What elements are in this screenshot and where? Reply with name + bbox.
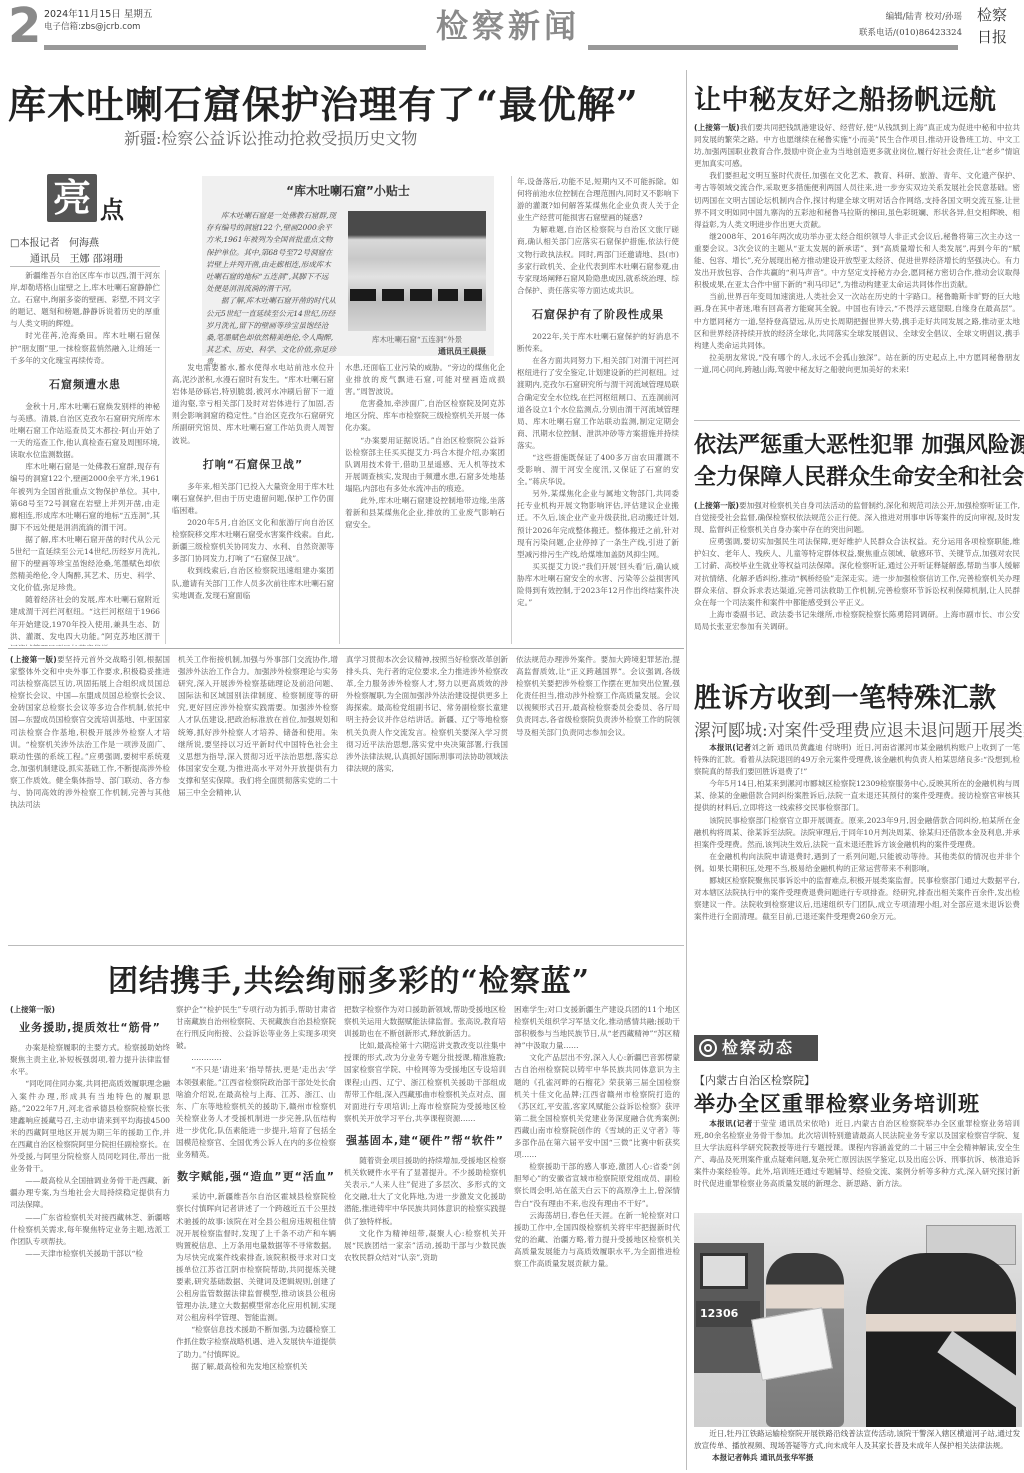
lead-subheadline: 新疆:检察公益诉讼推动抢救受损历史文物 <box>124 126 417 149</box>
grotto-photo-credit: 通讯员王晨摄 <box>348 346 486 357</box>
logo-line-1: 检察 <box>966 4 1018 26</box>
paragraph: 该院民事检察部门检察官立即开展调查。原来,2023年9月,因金融借款合同纠纷,柏… <box>694 815 1020 851</box>
paragraph: “同吃同住同办案,共同把高质效履职理念融入案件办理,形成具有当地特色的履职思路。… <box>10 1078 170 1175</box>
paragraph: 买买提艾力说:“我们开展‘回头看’后,确认威胁库木吐喇石窟安全的水害、污染等公益… <box>517 561 679 609</box>
lead-col-4: 年,设备落后,功能不足,短期内又不可能拆除。如何将前池水位控制在合理范围内,同时… <box>517 176 679 646</box>
highlight-badge: 亮 <box>47 174 97 222</box>
photo-credit: 本报记者韩兵 通讯员张华军摄 <box>712 1453 813 1462</box>
paragraph: 此外,库木吐喇石窟建设控制地带边缘,坐落着新和县某煤焦化企业,排放的工业废气影响… <box>345 495 505 531</box>
paragraph: ——天津市检察机关援助干部以“检 <box>10 1248 170 1260</box>
paragraph: 察护企”“检护民生”专项行动为抓手,帮助甘肃省甘南藏族自治州检察院、天祝藏族自治… <box>176 1004 336 1052</box>
paragraph: 要加强对检察机关自身司法活动的监督制约,深化和规范司法公开,加强检察听证工作,自… <box>694 501 1020 534</box>
dateline-tag: 本报讯(记者 <box>709 1119 752 1128</box>
header-rule-right <box>588 45 958 50</box>
continued-tag: (上接第一版) <box>10 1004 170 1016</box>
paragraph: “办案要用证据说话。”自治区检察院公益诉讼检察部主任买买提艾力·玛合木提介绍,办… <box>345 435 505 495</box>
paragraph: 收到线索后,自治区检察院迅速组建办案团队,邀请有关部门工作人员多次前往库木吐喇石… <box>172 565 334 601</box>
column-rule <box>511 176 512 644</box>
paragraph: 另外,某煤焦化企业与属地文物部门,共同委托专业机构开展文物影响评估,评估建议企业… <box>517 488 679 561</box>
tip-box-title: “库木吐喇石窟”小贴士 <box>202 182 494 199</box>
refund-subheadline: 漯河郾城:对案件受理费应退未退问题开展类案监督 <box>694 716 1024 741</box>
contact-phone: 联系电话/(010)86423324 <box>830 26 962 38</box>
paragraph: 近日,内蒙古自治区检察院举办全区重罪检察业务培训班,80余名检察业务骨干参加。此… <box>694 1119 1020 1188</box>
right-column-rule <box>686 70 687 1470</box>
cave-opening <box>464 289 482 301</box>
foreign-col-2: 机关工作衔接机制,加强与外事部门交流协作,增强涉外法治工作合力。加强涉外检察理论… <box>178 654 338 940</box>
foreign-col-4: 依法规范办理涉外案件。要加大跨境犯罪惩治,提高监督质效,让“正义跨越国界”。会议… <box>516 654 680 940</box>
paragraph: ——广东省检察机关对接西藏林芝、新疆喀什检察机关需求,每年聚焦特定业务主题,选派… <box>10 1212 170 1248</box>
prosecutor-figure <box>866 1253 1016 1427</box>
correspondent-label: 通讯员 <box>30 254 60 265</box>
subhead-infrastructure: 强基固本,建“硬件”帮“软件” <box>344 1135 506 1147</box>
reporter-name: 何海燕 <box>69 238 99 249</box>
foreign-col-1: (上接第一版)要坚持元首外交战略引领,根据国家整体外交和中央外事工作要求,积极稳… <box>10 654 170 940</box>
paragraph: 今年5月14日,柏某来到漯河市郾城区检察院12309检察服务中心,反映其所在的金… <box>694 778 1020 814</box>
paragraph: 我们要共同把钱凯港建设好、经营好,使“从钱凯到上海”真正成为促进中秘和中拉共同发… <box>694 123 1020 168</box>
dateline-byline: 刘之新 通讯员黄鑫迪 付晓明) <box>751 743 851 752</box>
grotto-photo <box>348 211 486 331</box>
paragraph: 危害叠加,牵涉面广,自治区检察院及阿克苏地区分院、库车市检察院三级检察机关开展一… <box>345 398 505 434</box>
continued-tag: (上接第一版) <box>694 123 740 132</box>
header-rule-left <box>44 45 426 50</box>
paragraph: 库木吐喇石窟是一处佛教石窟群,现存有编号的洞窟122个,壁画2000余平方米,1… <box>206 210 336 295</box>
paragraph: “这些措施既保证了400多万亩农田灌溉不受影响、渭干河安全度汛,又保证了石窟的安… <box>517 452 679 488</box>
paragraph: 文化产品层出不穷,深入人心:新疆巴音郭楞蒙古自治州检察院以铸牢中华民族共同体意识… <box>514 1052 680 1161</box>
section-title: 检察新闻 <box>436 4 580 48</box>
lead-col-2: 发电需要蓄水,蓄水使得水电站前池水位升高,泥沙淤积,水漫石窟时有发生。“库木吐喇… <box>172 362 334 646</box>
target-icon <box>699 1039 717 1057</box>
subhead-battle: 打响“石窟保卫战” <box>172 459 334 471</box>
paragraph: 多年来,相关部门已投入大量资金用于库木吐喇石窟保护,但由于历史遗留问题,保护工作… <box>172 481 334 517</box>
paragraph: “不只是‘请进来’指导帮扶,更是‘走出去’学本领强素能。”江西省检察院政治部干部… <box>176 1064 336 1161</box>
cave-opening <box>382 289 404 301</box>
reporter-label: □本报记者 <box>10 238 59 249</box>
highlight-badge-suffix: 点 <box>100 190 124 225</box>
refund-headline: 胜诉方收到一笔特殊汇款 <box>694 676 997 715</box>
paragraph: 库木吐喇石窟是一处佛教石窟群,现存有编号的洞窟122个,壁画2000余平方米,1… <box>10 461 160 534</box>
paragraph: 发电需要蓄水,蓄水使得水电站前池水位升高,泥沙淤积,水漫石窟时有发生。“库木吐喇… <box>172 362 334 447</box>
peru-story-body: (上接第一版)我们要共同把钱凯港建设好、经营好,使“从钱凯到上海”真正成为促进中… <box>694 122 1020 414</box>
paragraph: 据了解,库木吐喇石窟开凿的时代从公元5世纪一直延续至公元14世纪,历经岁月洗礼,… <box>206 295 336 368</box>
paragraph: 在各方面共同努力下,相关部门对渭干河拦河枢纽进行了安全鉴定,计划建设新的拦河枢纽… <box>517 355 679 452</box>
paragraph: 当前,世界百年变局加速演进,人类社会又一次站在历史的十字路口。秘鲁瞻斯卡旷野的巨… <box>694 291 1020 351</box>
crime-headline-1: 依法严惩重大恶性犯罪 加强风险源头防控 <box>694 428 1024 462</box>
peru-headline: 让中秘友好之船扬帆远航 <box>694 78 997 117</box>
railway-station-photo: 12306 <box>694 1213 1022 1427</box>
dynamics-label: 检察动态 <box>722 1038 794 1057</box>
foreign-col-3: 真学习贯彻本次会议精神,按照当好检察改革创新排头兵、先行者的定位要求,全力推进涉… <box>346 654 508 940</box>
ellipsis: ………… <box>176 1052 336 1064</box>
blue-story-headline: 团结携手,共绘绚丽多彩的“检察蓝” <box>108 956 590 1000</box>
section-divider <box>8 648 684 649</box>
byline-rule <box>10 266 160 267</box>
cave-opening <box>438 289 458 301</box>
paragraph: 年,设备落后,功能不足,短期内又不可能拆除。如何将前池水位控制在合理范围内,同时… <box>517 176 679 224</box>
continued-tag: (上接第一版) <box>694 501 739 510</box>
column-rule <box>165 270 166 644</box>
crime-story-body: (上接第一版)要加强对检察机关自身司法活动的监督制约,深化和规范司法公开,加强检… <box>694 500 1020 650</box>
paragraph: 为解难题,自治区检察院与自治区文旅厅磋商,确认相关部门应落实石窟保护措施,依法行… <box>517 224 679 297</box>
paragraph: 随着资金项目援助的持续增加,受援地区检察机关软硬件水平有了显著提升。不少援助检察… <box>344 1155 506 1228</box>
paragraph: 采访中,新疆维吾尔自治区霍城县检察院检察长付慎晖向记者讲述了一个跨越近五千公里技… <box>176 1191 336 1324</box>
paragraph: 依法规范办理涉外案件。要加大跨境犯罪惩治,提高监督质效,让“正义跨越国界”。会议… <box>516 654 680 739</box>
paragraph: 2020年5月,自治区文化和旅游厅向自治区检察院移交库木吐喇石窟受水害案件线索。… <box>172 517 334 565</box>
email-address: 电子信箱:zbs@jcrb.com <box>44 20 140 32</box>
paragraph: 真学习贯彻本次会议精神,按照当好检察改革创新排头兵、先行者的定位要求,全力推进涉… <box>346 654 508 775</box>
cave-opening <box>350 289 376 301</box>
paragraph: 我们要担起文明互鉴时代责任,加强在文化艺术、教育、科研、旅游、青年、文化遗产保护… <box>694 170 1020 230</box>
paragraph: 云海荡胡日,春色任天涯。在新一轮检察对口援助工作中,全国四级检察机关将牢牢把握新… <box>514 1210 680 1270</box>
paragraph: 继2008年、2016年两次成功举办亚太经合组织领导人非正式会议后,秘鲁将第三次… <box>694 231 1020 291</box>
blue-col-2: 察护企”“检护民生”专项行动为抓手,帮助甘肃省甘南藏族自治州检察院、天祝藏族自治… <box>176 1004 336 1470</box>
correspondent-names: 王娜 邵翊珊 <box>70 254 123 265</box>
station-sign: 12306 <box>696 1301 760 1327</box>
paragraph: 比如,最高检第十六期巡讲支教改变以往集中授课的形式,改为分业务专题分批授课,精准… <box>344 1040 506 1125</box>
blue-col-1: (上接第一版) 业务援助,提质效壮“筋骨” 办案是检察履职的主要方式。检察援助始… <box>10 1004 170 1470</box>
lead-col-3: 水患,还面临工业污染的威胁。“旁边的煤焦化企业排放的废气飘进石窟,可能对壁画造成… <box>345 362 505 646</box>
crime-headline-2: 全力保障人民群众生命安全和社会稳定 <box>694 460 1024 494</box>
paragraph: 金秋十月,库木吐喇石窟焕发别样的神秘与美感。清晨,自治区克孜尔石窟研究所库木吐喇… <box>10 401 160 461</box>
dateline-byline: 于莹莹 通讯员宋依哈) <box>753 1119 830 1128</box>
paragraph: 应勇强调,要切实加强民生司法保障,更好维护人民群众合法权益。充分运用各项检察职能… <box>694 536 1020 609</box>
logo-line-2: 日报 <box>966 26 1018 48</box>
lead-byline: □本报记者 何海燕 通讯员 王娜 邵翊珊 <box>10 236 123 268</box>
procuratorate-dynamics-header: 检察动态 <box>694 1035 818 1061</box>
paragraph: 办案是检察履职的主要方式。检察援助始终聚焦主责主业,补短板强弱项,着力提升法律监… <box>10 1042 170 1078</box>
subhead-results: 石窟保护有了阶段性成果 <box>517 309 679 321</box>
paragraph: 拉美朋友常说,“没有哪个的人,永远不会孤山独深”。站在新的历史起点上,中方愿同秘… <box>694 352 1020 376</box>
cave-opening <box>410 289 432 301</box>
continued-tag: (上接第一版) <box>10 655 57 664</box>
office-window <box>700 1253 748 1289</box>
dynamics-org: 【内蒙古自治区检察院】 <box>694 1072 815 1088</box>
paragraph: 郾城区检察院聚焦民事诉讼中的监督难点,积极开展类案监督。民事检察部门通过大数据平… <box>694 875 1020 923</box>
blue-col-4: 困难学生;对口支援新疆生产建设兵团的11个地区检察机关组织学习军垦文化,推动感情… <box>514 1004 680 1470</box>
paragraph: 困难学生;对口支援新疆生产建设兵团的11个地区检察机关组织学习军垦文化,推动感情… <box>514 1004 680 1052</box>
paragraph: 要坚持元首外交战略引领,根据国家整体外交和中央外事工作要求,积极稳妥推进司法检察… <box>10 655 170 809</box>
subhead-water: 石窟频遭水患 <box>10 379 160 391</box>
subhead-digital: 数字赋能,强“造血”更“活血” <box>176 1171 336 1183</box>
page-number: 2 <box>8 2 41 50</box>
paragraph: 文化作为精神纽带,凝聚人心:检察机关开展“民族团结一家亲”活动,援助干部与少数民… <box>344 1228 506 1264</box>
issue-date: 2024年11月15日 星期五 <box>44 6 152 20</box>
lead-headline: 库木吐喇石窟保护治理有了“最优解” <box>8 74 639 129</box>
paragraph: 时光荏苒,沧海桑田。库木吐喇石窟保护“朋友圈”里,一抹检察蓝悄然融入,让绵延一千… <box>10 330 160 366</box>
dateline-tag: 本报讯(记者 <box>709 743 751 752</box>
dynamics-body: 本报讯(记者于莹莹 通讯员宋依哈) 近日,内蒙古自治区检察院举办全区重罪检察业务… <box>694 1118 1020 1210</box>
grotto-photo-caption: 库木吐喇石窟“五连洞”外景 <box>348 334 486 345</box>
tip-box-text: 库木吐喇石窟是一处佛教石窟群,现存有编号的洞窟122个,壁画2000余平方米,1… <box>206 210 336 369</box>
dynamics-headline: 举办全区重罪检察业务培训班 <box>694 1088 980 1118</box>
column-rule <box>339 362 340 644</box>
paragraph: ——最高检从全国抽调业务骨干赴西藏、新疆办理专案,为当地社会大局持续稳定提供有力… <box>10 1175 170 1211</box>
photo-caption: 近日,牡丹江铁路运输检察院开展铁路沿线普法宣传活动,该院干警深入辖区横道河子站,… <box>694 1428 1022 1464</box>
subhead-business: 业务援助,提质效壮“筋骨” <box>10 1022 170 1034</box>
leaflet <box>751 1307 833 1381</box>
refund-story-body: 本报讯(记者刘之新 通讯员黄鑫迪 付晓明) 近日,河南省漯河市某金融机构账户上收… <box>694 742 1020 1022</box>
paragraph: 把数字检察作为对口援助新领域,帮助受援地区检察机关运用大数据赋能法律监督。张高说… <box>344 1004 506 1040</box>
section-divider <box>694 420 1020 421</box>
paragraph: 水患,还面临工业污染的威胁。“旁边的煤焦化企业排放的废气飘进石窟,可能对壁画造成… <box>345 362 505 398</box>
paragraph: 在金融机构向法院申请退费时,遇到了一系列问题,只能被动等待。其他类似的情况也并非… <box>694 851 1020 875</box>
blue-col-3: 把数字检察作为对口援助新领域,帮助受援地区检察机关运用大数据赋能法律监督。张高说… <box>344 1004 506 1470</box>
paragraph: 随着经济社会的发展,库木吐喇石窟附近建成渭干河拦河枢纽。“这拦河枢纽于1966年… <box>10 594 160 646</box>
paragraph: 机关工作衔接机制,加强与外事部门交流协作,增强涉外法治工作合力。加强涉外检察理论… <box>178 654 338 799</box>
paragraph: 据了解,最高检和先发地区检察机关 <box>176 1361 336 1373</box>
section-divider <box>8 945 684 946</box>
paragraph: “检察信息技术援助不断加强,为边疆检察工作抓住数字检察战略机遇、进入发展快车道提… <box>176 1324 336 1360</box>
editor-credit: 编辑/陆青 校对/孙瑶 <box>830 10 962 22</box>
paragraph: 2022年,关于库木吐喇石窟保护的好消息不断传来。 <box>517 331 679 355</box>
paragraph: 据了解,库木吐喇石窟开凿的时代从公元5世纪一直延续至公元14世纪,历经岁月洗礼,… <box>10 534 160 594</box>
caption-text: 近日,牡丹江铁路运输检察院开展铁路沿线普法宣传活动,该院干警深入辖区横道河子站,… <box>694 1429 1020 1450</box>
paragraph: 新疆维吾尔自治区库车市以西,渭干河东岸,却勒塔格山崖壁之上,库木吐喇石窟静静伫立… <box>10 270 160 330</box>
paragraph: 上海市委副书记、政法委书记朱继所,市检察院检察长陈勇陪同调研。上海市副市长、市公… <box>694 609 1020 633</box>
newspaper-logo: 检察 日报 <box>966 4 1018 58</box>
paragraph: 检察援助干部的感人事迹,激团人心:省委“剑胆琴心”的安徽省宣城市检察院原党组成员… <box>514 1161 680 1209</box>
lead-col-1: 新疆维吾尔自治区库车市以西,渭干河东岸,却勒塔格山崖壁之上,库木吐喇石窟静静伫立… <box>10 270 160 646</box>
